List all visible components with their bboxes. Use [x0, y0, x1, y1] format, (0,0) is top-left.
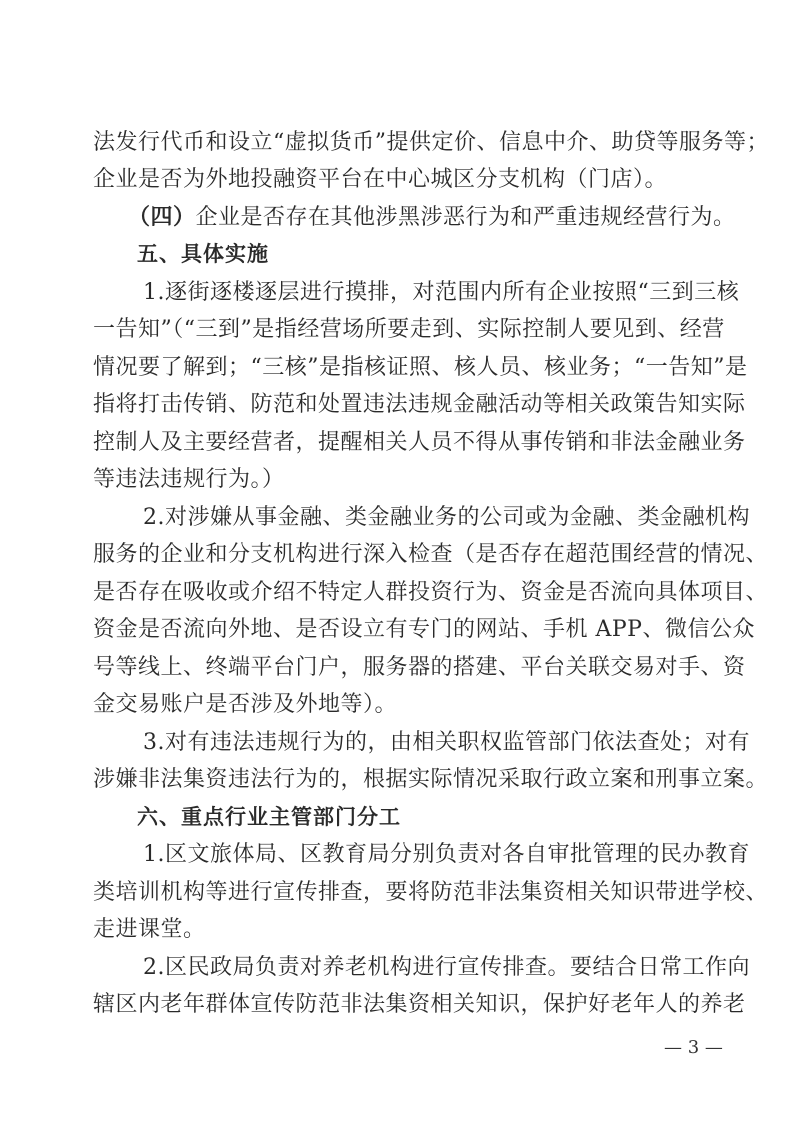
paragraph-line: 控制人及主要经营者，提醒相关人员不得从事传销和非法金融业务 — [93, 424, 703, 461]
section-heading: 六、重点行业主管部门分工 — [137, 799, 697, 836]
paragraph-line: 是否存在吸收或介绍不特定人群投资行为、资金是否流向具体项目、 — [93, 574, 703, 611]
paragraph-line: 等违法违规行为。） — [93, 461, 703, 498]
paragraph-line: 3.对有违法违规行为的，由相关职权监管部门依法查处；对有 — [143, 724, 703, 761]
paragraph-line: 辖区内老年群体宣传防范非法集资相关知识，保护好老年人的养老 — [93, 986, 703, 1023]
item-number: （四） — [128, 205, 196, 230]
paragraph-line: （四）企业是否存在其他涉黑涉恶行为和严重违规经营行为。 — [128, 199, 703, 236]
paragraph-line: 情况要了解到；“三核”是指核证照、核人员、核业务；“一告知”是 — [93, 349, 703, 386]
paragraph-line: 1.区文旅体局、区教育局分别负责对各自审批管理的民办教育 — [143, 836, 703, 873]
paragraph-line: 法发行代币和设立“虚拟货币”提供定价、信息中介、助贷等服务等； — [93, 124, 703, 161]
paragraph-line: 一告知”（“三到”是指经营场所要走到、实际控制人要见到、经营 — [93, 311, 703, 348]
paragraph-line: 号等线上、终端平台门户，服务器的搭建、平台关联交易对手、资 — [93, 649, 703, 686]
paragraph-line: 指将打击传销、防范和处置违法违规金融活动等相关政策告知实际 — [93, 386, 703, 423]
item-text: 企业是否存在其他涉黑涉恶行为和严重违规经营行为。 — [196, 205, 736, 230]
paragraph-line: 2.对涉嫌从事金融、类金融业务的公司或为金融、类金融机构 — [143, 499, 703, 536]
paragraph-line: 2.区民政局负责对养老机构进行宣传排查。要结合日常工作向 — [143, 949, 703, 986]
paragraph-line: 金交易账户是否涉及外地等）。 — [93, 686, 703, 723]
paragraph-line: 企业是否为外地投融资平台在中心城区分支机构（门店）。 — [93, 161, 703, 198]
paragraph-line: 服务的企业和分支机构进行深入检查（是否存在超范围经营的情况、 — [93, 536, 703, 573]
paragraph-line: 1.逐街逐楼逐层进行摸排，对范围内所有企业按照“三到三核 — [143, 274, 703, 311]
paragraph-line: 类培训机构等进行宣传排查，要将防范非法集资相关知识带进学校、 — [93, 874, 703, 911]
page-number: — 3 — — [664, 1036, 723, 1060]
paragraph-line: 资金是否流向外地、是否设立有专门的网站、手机 APP、微信公众 — [93, 611, 703, 648]
document-page: 法发行代币和设立“虚拟货币”提供定价、信息中介、助贷等服务等； 企业是否为外地投… — [0, 0, 793, 1121]
paragraph-line: 走进课堂。 — [93, 911, 703, 948]
section-heading: 五、具体实施 — [137, 236, 697, 273]
paragraph-line: 涉嫌非法集资违法行为的，根据实际情况采取行政立案和刑事立案。 — [93, 761, 703, 798]
